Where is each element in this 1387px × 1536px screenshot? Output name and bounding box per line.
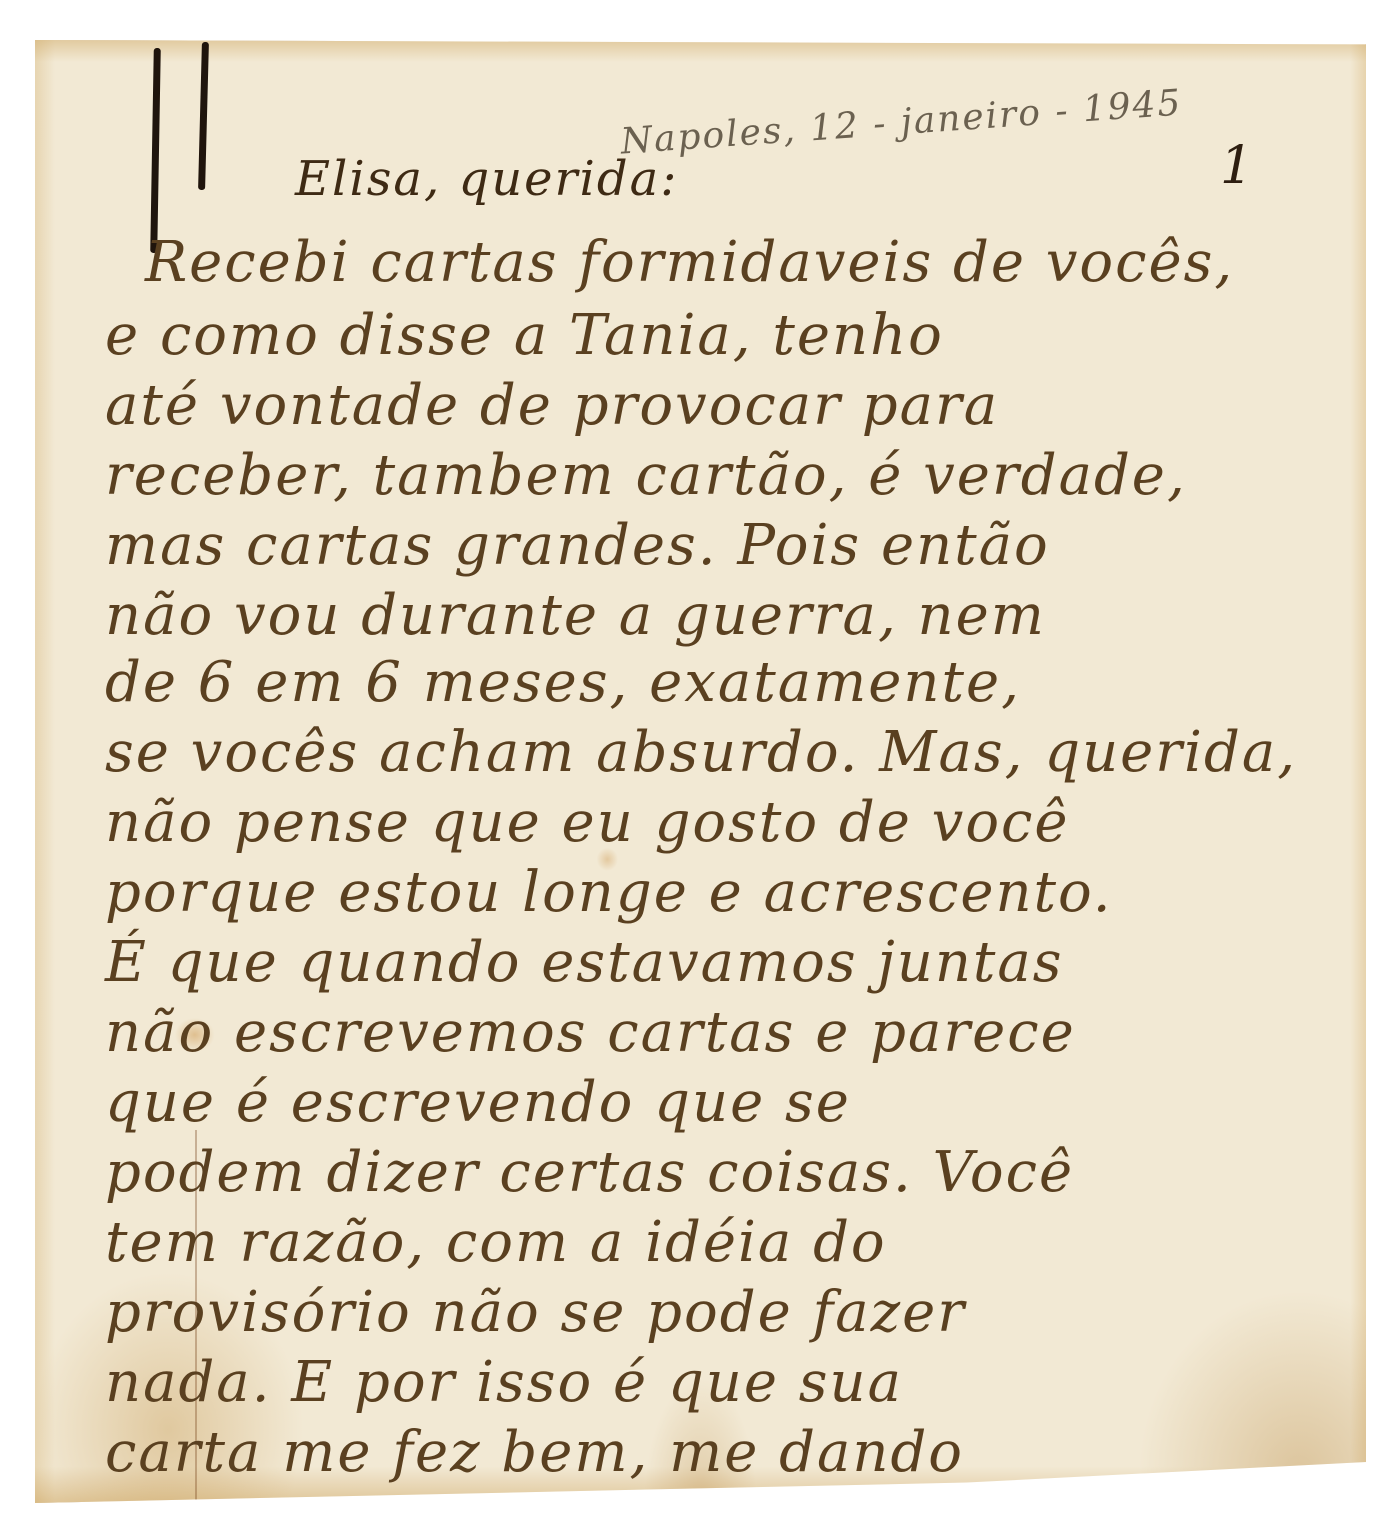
body-line-16: provisório não se pode fazer: [105, 1285, 966, 1341]
body-line-1: Recebi cartas formidaveis de vocês,: [145, 235, 1234, 291]
body-line-7: de 6 em 6 meses, exatamente,: [105, 655, 1021, 711]
body-line-13: que é escrevendo que se: [105, 1075, 851, 1131]
body-line-14: podem dizer certas coisas. Você: [105, 1145, 1074, 1201]
body-line-6: não vou durante a guerra, nem: [105, 588, 1046, 644]
body-line-17: nada. E por isso é que sua: [105, 1355, 903, 1411]
body-line-2: e como disse a Tania, tenho: [105, 308, 944, 364]
letter-paper: Napoles, 12 - janeiro - 1945 Elisa, quer…: [35, 40, 1366, 1503]
margin-ink-line-left: [150, 48, 161, 253]
body-line-9: não pense que eu gosto de você: [105, 795, 1070, 851]
body-line-8: se vocês acham absurdo. Mas, querida,: [105, 725, 1297, 781]
page-number: 1: [1220, 140, 1255, 192]
body-line-18: carta me fez bem, me dando: [105, 1425, 964, 1481]
body-line-10: porque estou longe e acrescento.: [105, 865, 1113, 921]
margin-ink-line-right: [198, 42, 209, 190]
body-line-3: até vontade de provocar para: [105, 378, 999, 434]
date-line: Napoles, 12 - janeiro - 1945: [619, 85, 1183, 160]
body-line-11: É que quando estavamos juntas: [105, 935, 1064, 991]
body-line-5: mas cartas grandes. Pois então: [105, 518, 1050, 574]
salutation: Elisa, querida:: [295, 155, 678, 203]
body-line-15: tem razão, com a idéia do: [105, 1215, 887, 1271]
body-line-12: não escrevemos cartas e parece: [105, 1005, 1076, 1061]
body-line-4: receber, tambem cartão, é verdade,: [105, 448, 1187, 504]
